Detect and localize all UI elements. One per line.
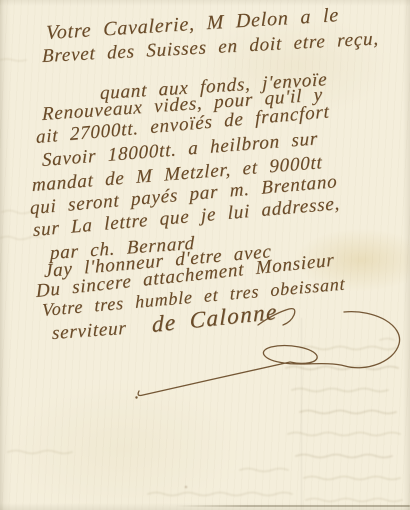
paper-crease [301,318,302,510]
letter-page: Votre Cavalerie, M Delon a le Brevet des… [0,0,410,510]
letter-line: serviteur [52,318,127,345]
page-bottom-edge [175,505,410,507]
